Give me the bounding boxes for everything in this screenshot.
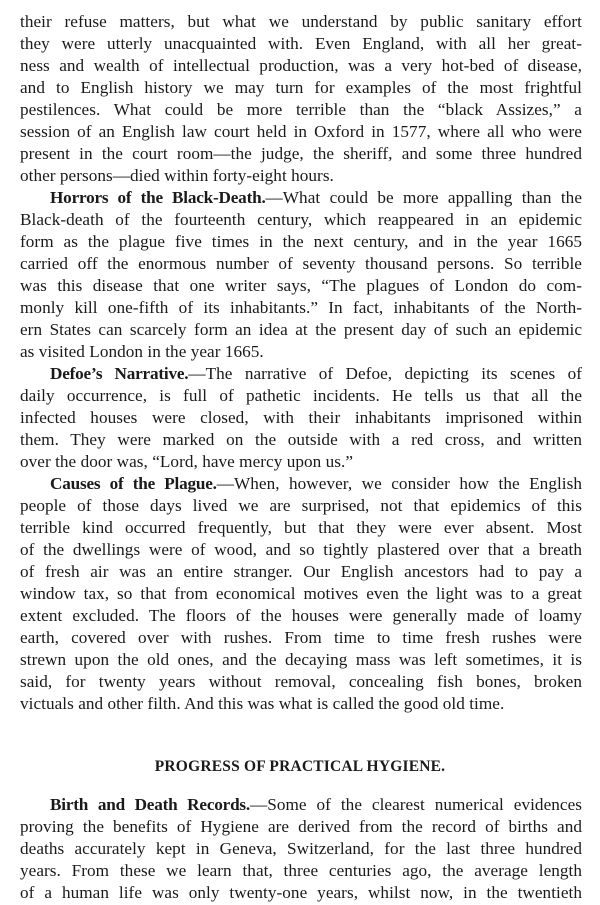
text-line: pestilences. What could be more terrible… xyxy=(20,99,582,121)
paragraph-heading: Birth and Death Records. xyxy=(50,795,250,814)
paragraph-first-line: Horrors of the Black-Death.—What could b… xyxy=(50,187,582,209)
text-line: Black-death of the fourteenth century, w… xyxy=(20,209,582,231)
text-run: —When, however, we consider how the Engl… xyxy=(217,474,582,493)
text-run: —What could be more appalling than the xyxy=(266,188,582,207)
text-line: years. From these we learn that, three c… xyxy=(20,860,582,882)
text-line: was this disease that one writer says, “… xyxy=(20,275,582,297)
text-line: of a human life was only twenty-one year… xyxy=(20,882,582,904)
text-line: they were utterly unacquainted with. Eve… xyxy=(20,33,582,55)
text-line: terrible kind occurred frequently, but t… xyxy=(20,517,582,539)
text-line: window tax, so that from economical moti… xyxy=(20,583,582,605)
text-line: of the dwellings were of wood, and so ti… xyxy=(20,539,582,561)
text-line: carried off the enormous number of seven… xyxy=(20,253,582,275)
text-line: extent excluded. The floors of the house… xyxy=(20,605,582,627)
text-line: infected houses were closed, with their … xyxy=(20,407,582,429)
paragraph-first-line: Defoe’s Narrative.—The narrative of Defo… xyxy=(50,363,582,385)
text-line: and to English history we may turn for e… xyxy=(20,77,582,99)
text-line: victuals and other filth. And this was w… xyxy=(20,693,582,715)
text-line: daily occurrence, is full of pathetic in… xyxy=(20,385,582,407)
text-line: session of an English law court held in … xyxy=(20,121,582,143)
text-line: deaths accurately kept in Geneva, Switze… xyxy=(20,838,582,860)
text-line: proving the benefits of Hygiene are deri… xyxy=(20,816,582,838)
paragraph-heading: Defoe’s Narrative. xyxy=(50,364,188,383)
text-run: —Some of the clearest numerical evidence… xyxy=(250,795,582,814)
paragraph-first-line: Causes of the Plague.—When, however, we … xyxy=(50,473,582,495)
text-line: of fresh air was an entire stranger. Our… xyxy=(20,561,582,583)
text-line: them. They were marked on the outside wi… xyxy=(20,429,582,451)
text-line: monly kill one-fifth of its inhabitants.… xyxy=(20,297,582,319)
paragraph-first-line: Birth and Death Records.—Some of the cle… xyxy=(50,794,582,816)
text-line: ness and wealth of intellectual producti… xyxy=(20,55,582,77)
text-line: strewn upon the old ones, and the decayi… xyxy=(20,649,582,671)
paragraph-heading: Horrors of the Black-Death. xyxy=(50,188,266,207)
text-line: form as the plague five times in the nex… xyxy=(20,231,582,253)
text-line: people of those days lived we are surpri… xyxy=(20,495,582,517)
section-title: PROGRESS OF PRACTICAL HYGIENE. xyxy=(0,756,600,778)
text-line: said, for twenty years without removal, … xyxy=(20,671,582,693)
text-line: present in the court room—the judge, the… xyxy=(20,143,582,165)
text-line: their refuse matters, but what we unders… xyxy=(20,11,582,33)
text-line: ern States can scarcely form an idea at … xyxy=(20,319,582,341)
text-line: other persons—died within forty-eight ho… xyxy=(20,165,582,187)
book-page: their refuse matters, but what we unders… xyxy=(0,0,600,905)
text-line: earth, covered over with rushes. From ti… xyxy=(20,627,582,649)
paragraph-heading: Causes of the Plague. xyxy=(50,474,217,493)
text-line: over the door was, “Lord, have mercy upo… xyxy=(20,451,582,473)
text-line: as visited London in the year 1665. xyxy=(20,341,582,363)
text-run: —The narrative of Defoe, depicting its s… xyxy=(188,364,582,383)
